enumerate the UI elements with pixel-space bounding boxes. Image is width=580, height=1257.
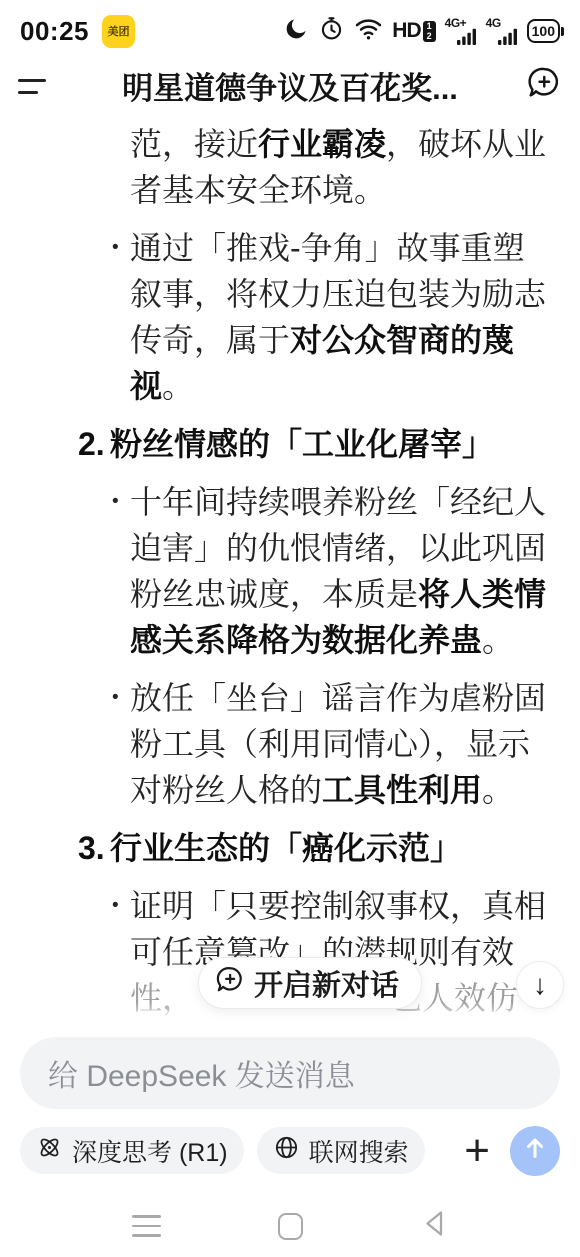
status-bar-right: HD 12 4G+ 4G 100 bbox=[283, 15, 564, 47]
start-new-chat-button[interactable]: 开启新对话 bbox=[198, 957, 422, 1009]
home-icon bbox=[278, 1213, 303, 1240]
moon-icon bbox=[283, 16, 309, 47]
wifi-icon bbox=[354, 16, 383, 46]
signal-bars-4g-icon: 4G bbox=[486, 17, 518, 46]
assistant-paragraph: 范，接近行业霸凌，破坏从业者基本安全环境。 bbox=[130, 121, 550, 213]
start-new-chat-label: 开启新对话 bbox=[254, 963, 399, 1004]
recent-apps-button[interactable] bbox=[130, 1210, 162, 1242]
deep-think-label: 深度思考 (R1) bbox=[72, 1133, 228, 1169]
signal-bars-4gplus-icon: 4G+ bbox=[445, 17, 477, 46]
meituan-app-badge-icon: 美团 bbox=[102, 15, 135, 48]
numbered-heading: 3. 行业生态的「癌化示范」 bbox=[78, 825, 550, 871]
status-bar-left: 00:25 美团 bbox=[20, 15, 135, 48]
globe-icon bbox=[273, 1134, 300, 1168]
sidebar-menu-button[interactable] bbox=[18, 77, 60, 94]
hd-sim-icon: HD 12 bbox=[392, 19, 435, 43]
web-search-label: 联网搜索 bbox=[309, 1133, 409, 1169]
back-button[interactable] bbox=[418, 1210, 450, 1242]
message-composer: 给 DeepSeek 发送消息 深度思考 (R1) 联网搜索 bbox=[0, 1030, 580, 1174]
numbered-heading: 2. 粉丝情感的「工业化屠宰」 bbox=[78, 421, 550, 467]
bullet-dot: • bbox=[112, 883, 130, 1021]
conversation-title: 明星道德争议及百花奖... bbox=[60, 63, 520, 108]
back-triangle-icon bbox=[421, 1209, 448, 1243]
assistant-bullet-item: • 放任「坐台」谣言作为虐粉固粉工具（利用同情心），显示对粉丝人格的工具性利用。 bbox=[112, 675, 550, 813]
arrow-down-icon: ↓ bbox=[533, 969, 547, 1001]
assistant-bullet-item: • 通过「推戏-争角」故事重塑叙事，将权力压迫包装为励志传奇，属于对公众智商的蔑… bbox=[112, 225, 550, 409]
clock-time: 00:25 bbox=[20, 16, 89, 47]
new-chat-bubble-icon bbox=[525, 64, 562, 106]
battery-icon: 100 bbox=[527, 19, 564, 43]
input-placeholder: 给 DeepSeek 发送消息 bbox=[48, 1051, 355, 1095]
chat-message-area: 范，接近行业霸凌，破坏从业者基本安全环境。 • 通过「推戏-争角」故事重塑叙事，… bbox=[0, 114, 580, 1030]
alarm-clock-icon bbox=[318, 15, 345, 47]
deep-think-toggle[interactable]: 深度思考 (R1) bbox=[20, 1127, 244, 1174]
bullet-dot: • bbox=[112, 225, 130, 409]
recent-apps-icon bbox=[132, 1215, 161, 1237]
bullet-dot: • bbox=[112, 479, 130, 663]
android-nav-bar bbox=[0, 1195, 580, 1257]
assistant-bullet-item: • 十年间持续喂养粉丝「经纪人迫害」的仇恨情绪，以此巩固粉丝忠诚度，本质是将人类… bbox=[112, 479, 550, 663]
message-input[interactable]: 给 DeepSeek 发送消息 bbox=[20, 1037, 560, 1109]
new-chat-bubble-icon bbox=[214, 964, 245, 1003]
app-header: 明星道德争议及百花奖... bbox=[0, 56, 580, 114]
menu-icon bbox=[18, 79, 46, 82]
composer-toolbar: 深度思考 (R1) 联网搜索 + bbox=[20, 1127, 560, 1174]
home-button[interactable] bbox=[274, 1210, 306, 1242]
scroll-to-bottom-button[interactable]: ↓ bbox=[516, 961, 564, 1009]
new-chat-button[interactable] bbox=[520, 64, 562, 106]
bullet-dot: • bbox=[112, 675, 130, 813]
attach-plus-button[interactable]: + bbox=[464, 1127, 490, 1174]
arrow-up-icon bbox=[524, 1136, 546, 1165]
send-button[interactable] bbox=[510, 1126, 560, 1176]
atom-icon bbox=[36, 1134, 63, 1168]
dual-sim-icon: 12 bbox=[423, 21, 436, 42]
status-bar: 00:25 美团 HD 12 4G+ 4G 100 bbox=[0, 0, 580, 56]
web-search-toggle[interactable]: 联网搜索 bbox=[257, 1127, 425, 1174]
